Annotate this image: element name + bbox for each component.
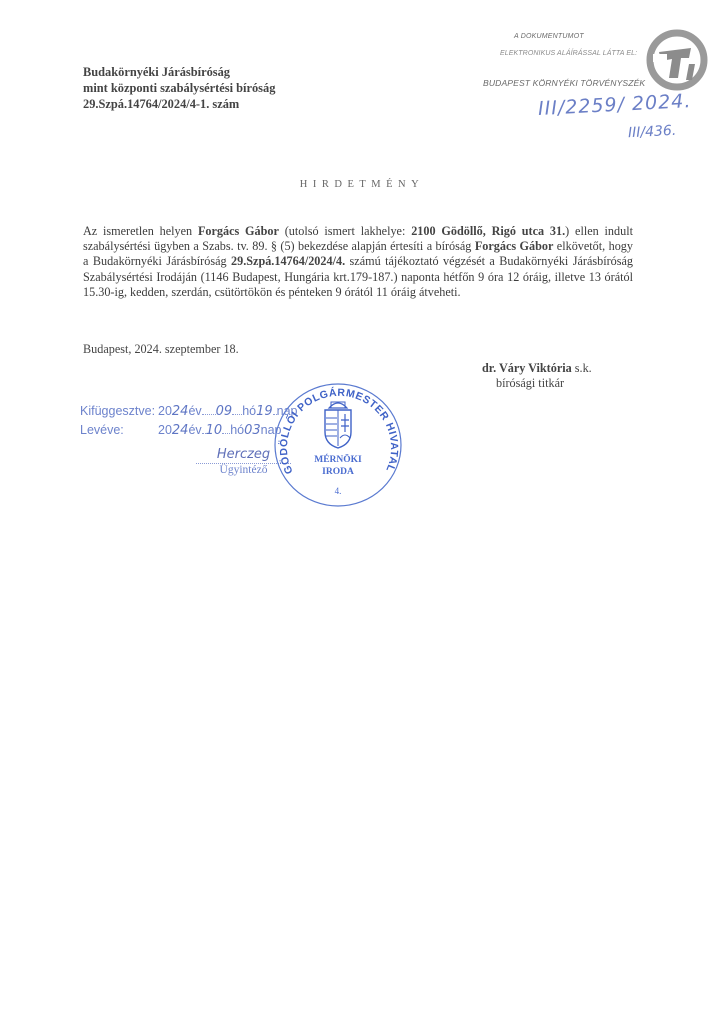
month-suffix: hó: [230, 423, 244, 437]
address: 2100 Gödöllő, Rigó utca 31.: [411, 224, 565, 238]
stamp-dept-line1: MÉRNÖKI: [271, 454, 405, 466]
court-name: Budakörnyéki Járásbíróság: [83, 64, 275, 80]
dotted-line: [202, 414, 216, 415]
posting-notice: Kifüggesztve:2024év09hó19nap Levéve:2024…: [80, 402, 298, 440]
coat-of-arms-icon: [325, 402, 351, 448]
dotted-line: [232, 414, 242, 415]
posted-month: 09: [216, 404, 233, 419]
body-text: (utolsó ismert lakhelye:: [279, 224, 411, 238]
stamp-court-name: BUDAPEST KÖRNYÉKI TÖRVÉNYSZÉK: [483, 78, 645, 88]
court-logo-icon: [645, 28, 709, 92]
date-line: Budapest, 2024. szeptember 18.: [83, 342, 239, 357]
person-name: Forgács Gábor: [198, 224, 279, 238]
court-role: mint központi szabálysértési bíróság: [83, 80, 275, 96]
handwritten-registry-number: III/2259/ 2024.: [538, 90, 692, 120]
signatory-name: dr. Váry Viktória: [482, 361, 572, 375]
year-suffix: év: [188, 404, 201, 418]
removed-day: 03: [244, 423, 261, 438]
stamp-line-2: ELEKTRONIKUS ALÁÍRÁSSAL LÁTTA EL:: [500, 50, 637, 57]
removed-month: 10: [206, 423, 223, 438]
municipal-stamp: GÖDÖLLŐI POLGÁRMESTER HIVATAL MÉRNÖKI IR…: [271, 380, 405, 510]
signatory-title: bírósági titkár: [482, 376, 592, 391]
body-text: Az ismeretlen helyen: [83, 224, 198, 238]
posted-year: 24: [172, 404, 189, 419]
handwritten-sub-number: III/436.: [628, 123, 677, 142]
stamp-line-1: A DOKUMENTUMOT: [514, 33, 584, 40]
case-number: 29.Szpá.14764/2024/4-1. szám: [83, 96, 275, 112]
document-title: HIRDETMÉNY: [0, 179, 724, 190]
removed-row: Levéve:2024év10hó03nap: [80, 421, 298, 440]
posted-label: Kifüggesztve:: [80, 402, 158, 421]
year-prefix: 20: [158, 423, 172, 437]
year-suffix: év: [188, 423, 201, 437]
stamp-number: 4.: [271, 486, 405, 496]
year-prefix: 20: [158, 404, 172, 418]
removed-label: Levéve:: [80, 421, 158, 440]
stamp-dept-line2: IRODA: [271, 466, 405, 478]
posted-row: Kifüggesztve:2024év09hó19nap: [80, 402, 298, 421]
removed-year: 24: [172, 423, 189, 438]
signature-block: dr. Váry Viktória s.k. bírósági titkár: [482, 361, 592, 391]
signatory-suffix: s.k.: [572, 361, 592, 375]
month-suffix: hó: [242, 404, 256, 418]
case-reference: 29.Szpá.14764/2024/4.: [231, 254, 345, 268]
dotted-line: [222, 433, 230, 434]
person-name: Forgács Gábor: [475, 239, 554, 253]
court-header: Budakörnyéki Járásbíróság mint központi …: [83, 64, 275, 112]
notice-body: Az ismeretlen helyen Forgács Gábor (utol…: [83, 224, 633, 300]
